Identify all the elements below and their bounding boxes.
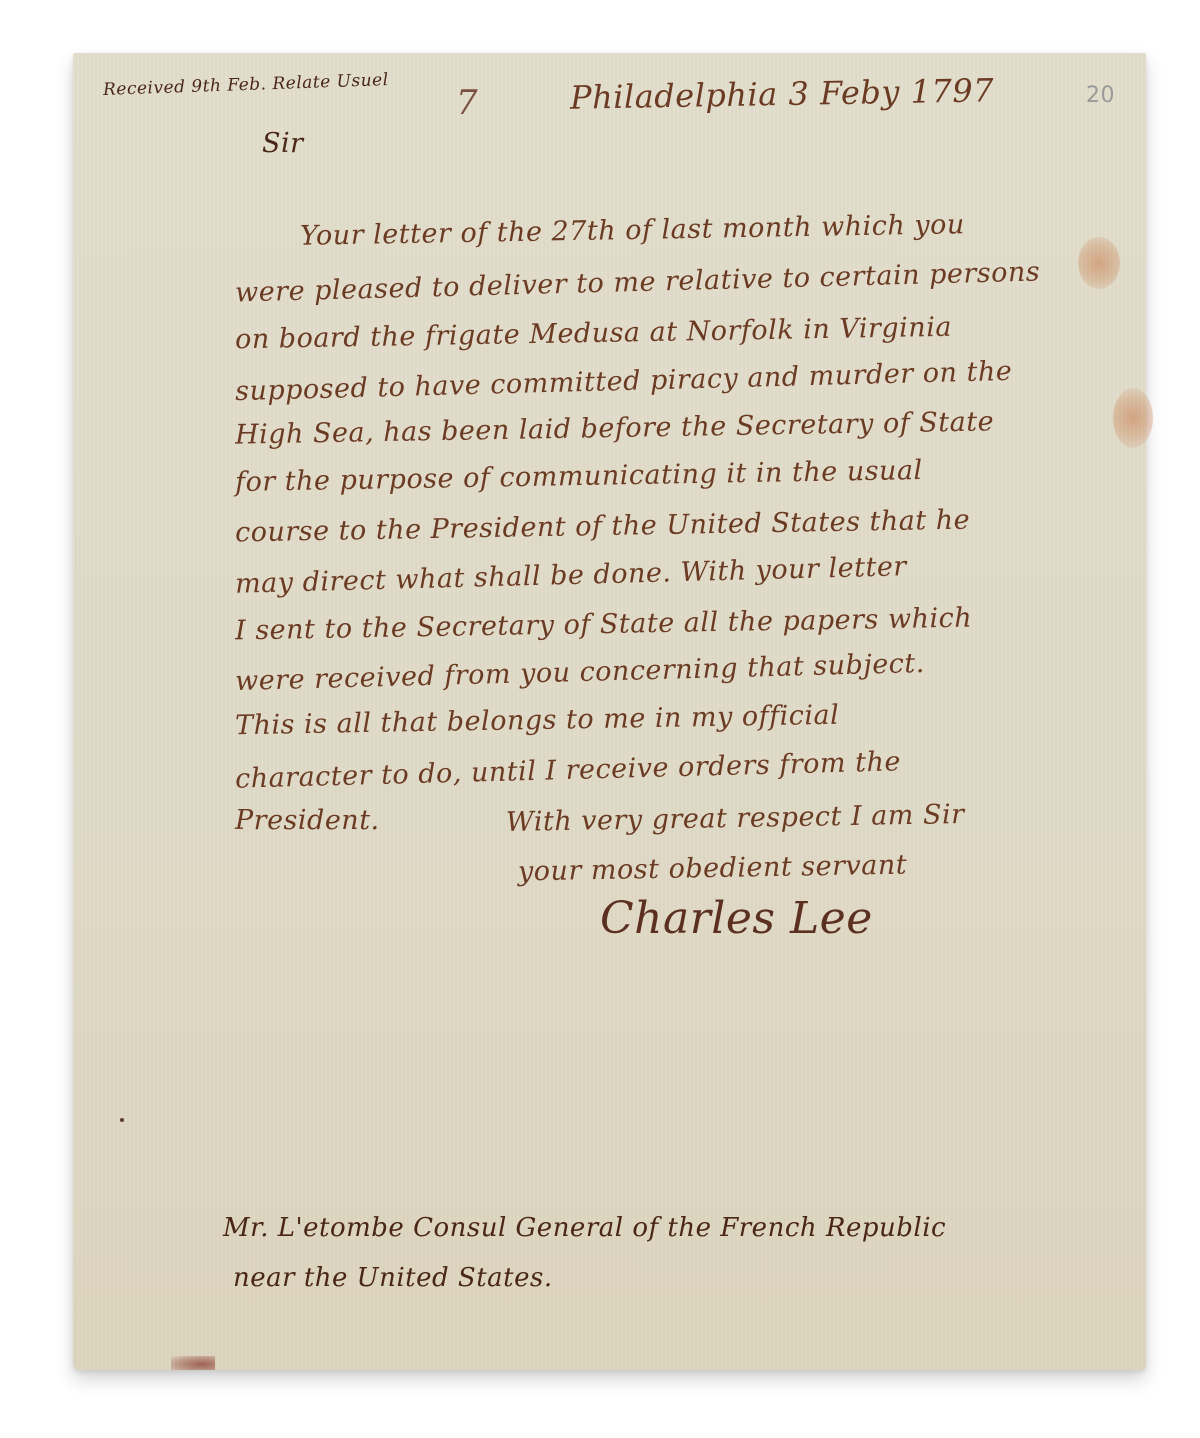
body-line: character to do, until I receive orders … (235, 746, 902, 794)
body-line: were received from you concerning that s… (235, 648, 925, 697)
foxing-stain (1113, 388, 1153, 448)
closing-line: With very great respect I am Sir (506, 799, 965, 838)
letter-paper: Received 9th Feb. Relate Usuel 7 Philade… (73, 53, 1146, 1370)
foxing-stain (1078, 237, 1120, 289)
wax-smudge (171, 1356, 215, 1370)
salutation: Sir (262, 128, 304, 159)
signature: Charles Lee (600, 893, 873, 944)
body-line: for the purpose of communicating it in t… (235, 455, 923, 498)
body-line: This is all that belongs to me in my off… (235, 700, 840, 742)
dateline: Philadelphia 3 Feby 1797 (570, 71, 995, 116)
closing-line: your most obedient servant (518, 850, 908, 888)
address-line: near the United States. (233, 1263, 553, 1293)
body-line: were pleased to deliver to me relative t… (235, 256, 1041, 308)
docket-note: Received 9th Feb. Relate Usuel (103, 70, 389, 100)
body-line: Your letter of the 27th of last month wh… (300, 209, 965, 252)
body-line: High Sea, has been laid before the Secre… (235, 406, 995, 450)
body-line: supposed to have committed piracy and mu… (235, 356, 1013, 407)
address-line: Mr. L'etombe Consul General of the Frenc… (223, 1213, 946, 1243)
ink-dot (120, 1118, 124, 1122)
archive-number: 20 (1086, 83, 1115, 108)
body-line: I sent to the Secretary of State all the… (235, 603, 973, 647)
folio-number: 7 (456, 83, 478, 123)
body-line: on board the frigate Medusa at Norfolk i… (235, 312, 952, 356)
body-line: course to the President of the United St… (235, 505, 971, 549)
body-line: President. (235, 805, 380, 836)
body-line: may direct what shall be done. With your… (235, 551, 907, 600)
